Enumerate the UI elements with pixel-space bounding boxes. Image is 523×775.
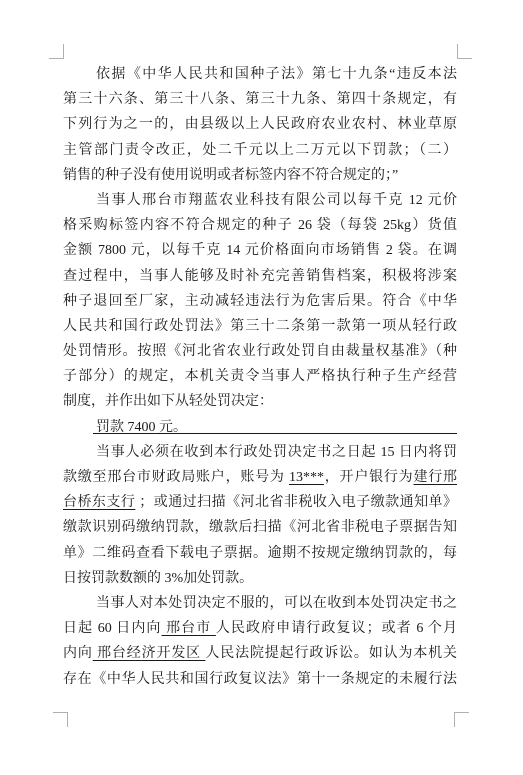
doc-line: 查过程中，当事人能够及时补充完善销售档案，积极将涉案 bbox=[63, 264, 457, 289]
doc-line-text: 内向 bbox=[63, 646, 93, 661]
court-name: 邢台经济开发区 bbox=[93, 646, 206, 661]
doc-line: 当事人对本处罚决定不服的，可以在收到本处罚决定书之 bbox=[63, 591, 457, 616]
doc-line: 格采购标签内容不符合规定的种子 26 袋（每袋 25kg）货值 bbox=[63, 213, 457, 238]
doc-line: 主管部门责令改正，处二千元以上二万元以下罚款；（二） bbox=[63, 138, 457, 163]
penalty-amount-text: 罚款 7400 元。 bbox=[96, 420, 187, 435]
doc-line-text: 款缴至邢台市财政局账户，账号为 bbox=[63, 470, 289, 485]
doc-line: 内向 邢台经济开发区 人民法院提起行政诉讼。如认为本机关 bbox=[63, 641, 457, 666]
doc-line: 台桥东支行 ；或通过扫描《河北省非税收入电子缴款通知单》 bbox=[63, 490, 457, 515]
doc-line: 日起 60 日内向 邢台市 人民政府申请行政复议；或者 6 个月 bbox=[63, 616, 457, 641]
doc-line: 下列行为之一的，由县级以上人民政府农业农村、林业草原 bbox=[63, 112, 457, 137]
doc-line-text: 格采购标签内容不符合规定的种子 26 袋（每袋 25kg）货值 bbox=[63, 218, 457, 233]
doc-line-text: 缴款识别码缴纳罚款，缴款后扫描《河北省非税电子票据告知 bbox=[63, 520, 457, 535]
doc-line-text: ；或通过扫描《河北省非税收入电子缴款通知单》 bbox=[135, 495, 457, 510]
doc-line-text: 人民法院提起行政诉讼。如认为本机关 bbox=[205, 646, 457, 661]
doc-line: 日按罚款数额的 3%加处罚款。 bbox=[63, 566, 457, 591]
doc-line-text: 主管部门责令改正，处二千元以上二万元以下罚款；（二） bbox=[63, 143, 457, 158]
doc-line: 人民共和国行政处罚法》第三十二条第一款第一项从轻行政 bbox=[63, 314, 457, 339]
document-page: 依据《中华人民共和国种子法》第七十九条“违反本法 第三十六条、第三十八条、第三十… bbox=[0, 0, 523, 775]
bank-name: 建行邢 bbox=[413, 470, 457, 485]
bank-name-continued: 台桥东支行 bbox=[63, 495, 135, 510]
doc-line-text: 依据《中华人民共和国种子法》第七十九条“违反本法 bbox=[96, 67, 457, 82]
doc-line-text: 存在《中华人民共和国行政复议法》第十一条规定的未履行法 bbox=[63, 672, 457, 687]
doc-line: 单》二维码查看下载电子票据。逾期不按规定缴纳罚款的，每 bbox=[63, 541, 457, 566]
review-authority: 邢台市 bbox=[162, 621, 216, 636]
doc-line-text: 制度，并作出如下从轻处罚决定： bbox=[63, 394, 273, 409]
doc-line: 存在《中华人民共和国行政复议法》第十一条规定的未履行法 bbox=[63, 667, 457, 692]
doc-line-text: 当事人对本处罚决定不服的，可以在收到本处罚决定书之 bbox=[96, 596, 457, 611]
doc-line: 款缴至邢台市财政局账户，账号为 13***，开户银行为建行邢 bbox=[63, 465, 457, 490]
doc-line: 子部分）的规定，本机关责令当事人严格执行种子生产经营 bbox=[63, 364, 457, 389]
doc-line-text: 单》二维码查看下载电子票据。逾期不按规定缴纳罚款的，每 bbox=[63, 546, 457, 561]
doc-line-text: 销售的种子没有使用说明或者标签内容不符合规定的；” bbox=[63, 168, 398, 183]
doc-line: 种子退回至厂家，主动减轻违法行为危害后果。符合《中华 bbox=[63, 289, 457, 314]
doc-line: 依据《中华人民共和国种子法》第七十九条“违反本法 bbox=[63, 62, 457, 87]
doc-line: 处罚情形。按照《河北省农业行政处罚自由裁量权基准》（种 bbox=[63, 339, 457, 364]
crop-mark-top-left-icon bbox=[49, 44, 64, 59]
crop-mark-top-right-icon bbox=[457, 44, 472, 59]
doc-line: 当事人必须在收到本行政处罚决定书之日起 15 日内将罚 bbox=[63, 440, 457, 465]
doc-line-text: 日起 60 日内向 bbox=[63, 621, 162, 636]
penalty-amount-line: 罚款 7400 元。 bbox=[63, 415, 457, 440]
doc-line: 制度，并作出如下从轻处罚决定： bbox=[63, 389, 457, 414]
doc-line-text: 当事人必须在收到本行政处罚决定书之日起 15 日内将罚 bbox=[96, 445, 457, 460]
doc-line: 金额 7800 元，以每千克 14 元价格面向市场销售 2 袋。在调 bbox=[63, 238, 457, 263]
doc-line-text: 第三十六条、第三十八条、第三十九条、第四十条规定，有 bbox=[63, 92, 457, 107]
text-block: 依据《中华人民共和国种子法》第七十九条“违反本法 第三十六条、第三十八条、第三十… bbox=[63, 62, 457, 692]
crop-mark-bottom-right-icon bbox=[454, 712, 469, 727]
doc-line-text: ，开户银行为 bbox=[324, 470, 413, 485]
doc-line-text: 日按罚款数额的 3%加处罚款。 bbox=[63, 571, 253, 586]
account-number: 13*** bbox=[289, 470, 324, 485]
doc-line-text: 人民共和国行政处罚法》第三十二条第一款第一项从轻行政 bbox=[63, 319, 457, 334]
doc-line-text: 查过程中，当事人能够及时补充完善销售档案，积极将涉案 bbox=[63, 269, 457, 284]
doc-line: 缴款识别码缴纳罚款，缴款后扫描《河北省非税电子票据告知 bbox=[63, 515, 457, 540]
crop-mark-bottom-left-icon bbox=[53, 712, 68, 727]
doc-line-text: 人民政府申请行政复议；或者 6 个月 bbox=[216, 621, 457, 636]
doc-line-text: 下列行为之一的，由县级以上人民政府农业农村、林业草原 bbox=[63, 117, 457, 132]
doc-line: 第三十六条、第三十八条、第三十九条、第四十条规定，有 bbox=[63, 87, 457, 112]
doc-line: 销售的种子没有使用说明或者标签内容不符合规定的；” bbox=[63, 163, 457, 188]
doc-line-text: 种子退回至厂家，主动减轻违法行为危害后果。符合《中华 bbox=[63, 294, 457, 309]
doc-line-text: 金额 7800 元，以每千克 14 元价格面向市场销售 2 袋。在调 bbox=[63, 243, 457, 258]
doc-line-text: 当事人邢台市翔蓝农业科技有限公司以每千克 12 元价 bbox=[96, 193, 457, 208]
doc-line-text: 处罚情形。按照《河北省农业行政处罚自由裁量权基准》（种 bbox=[63, 344, 457, 359]
doc-line: 当事人邢台市翔蓝农业科技有限公司以每千克 12 元价 bbox=[63, 188, 457, 213]
doc-line-text: 子部分）的规定，本机关责令当事人严格执行种子生产经营 bbox=[63, 369, 457, 384]
